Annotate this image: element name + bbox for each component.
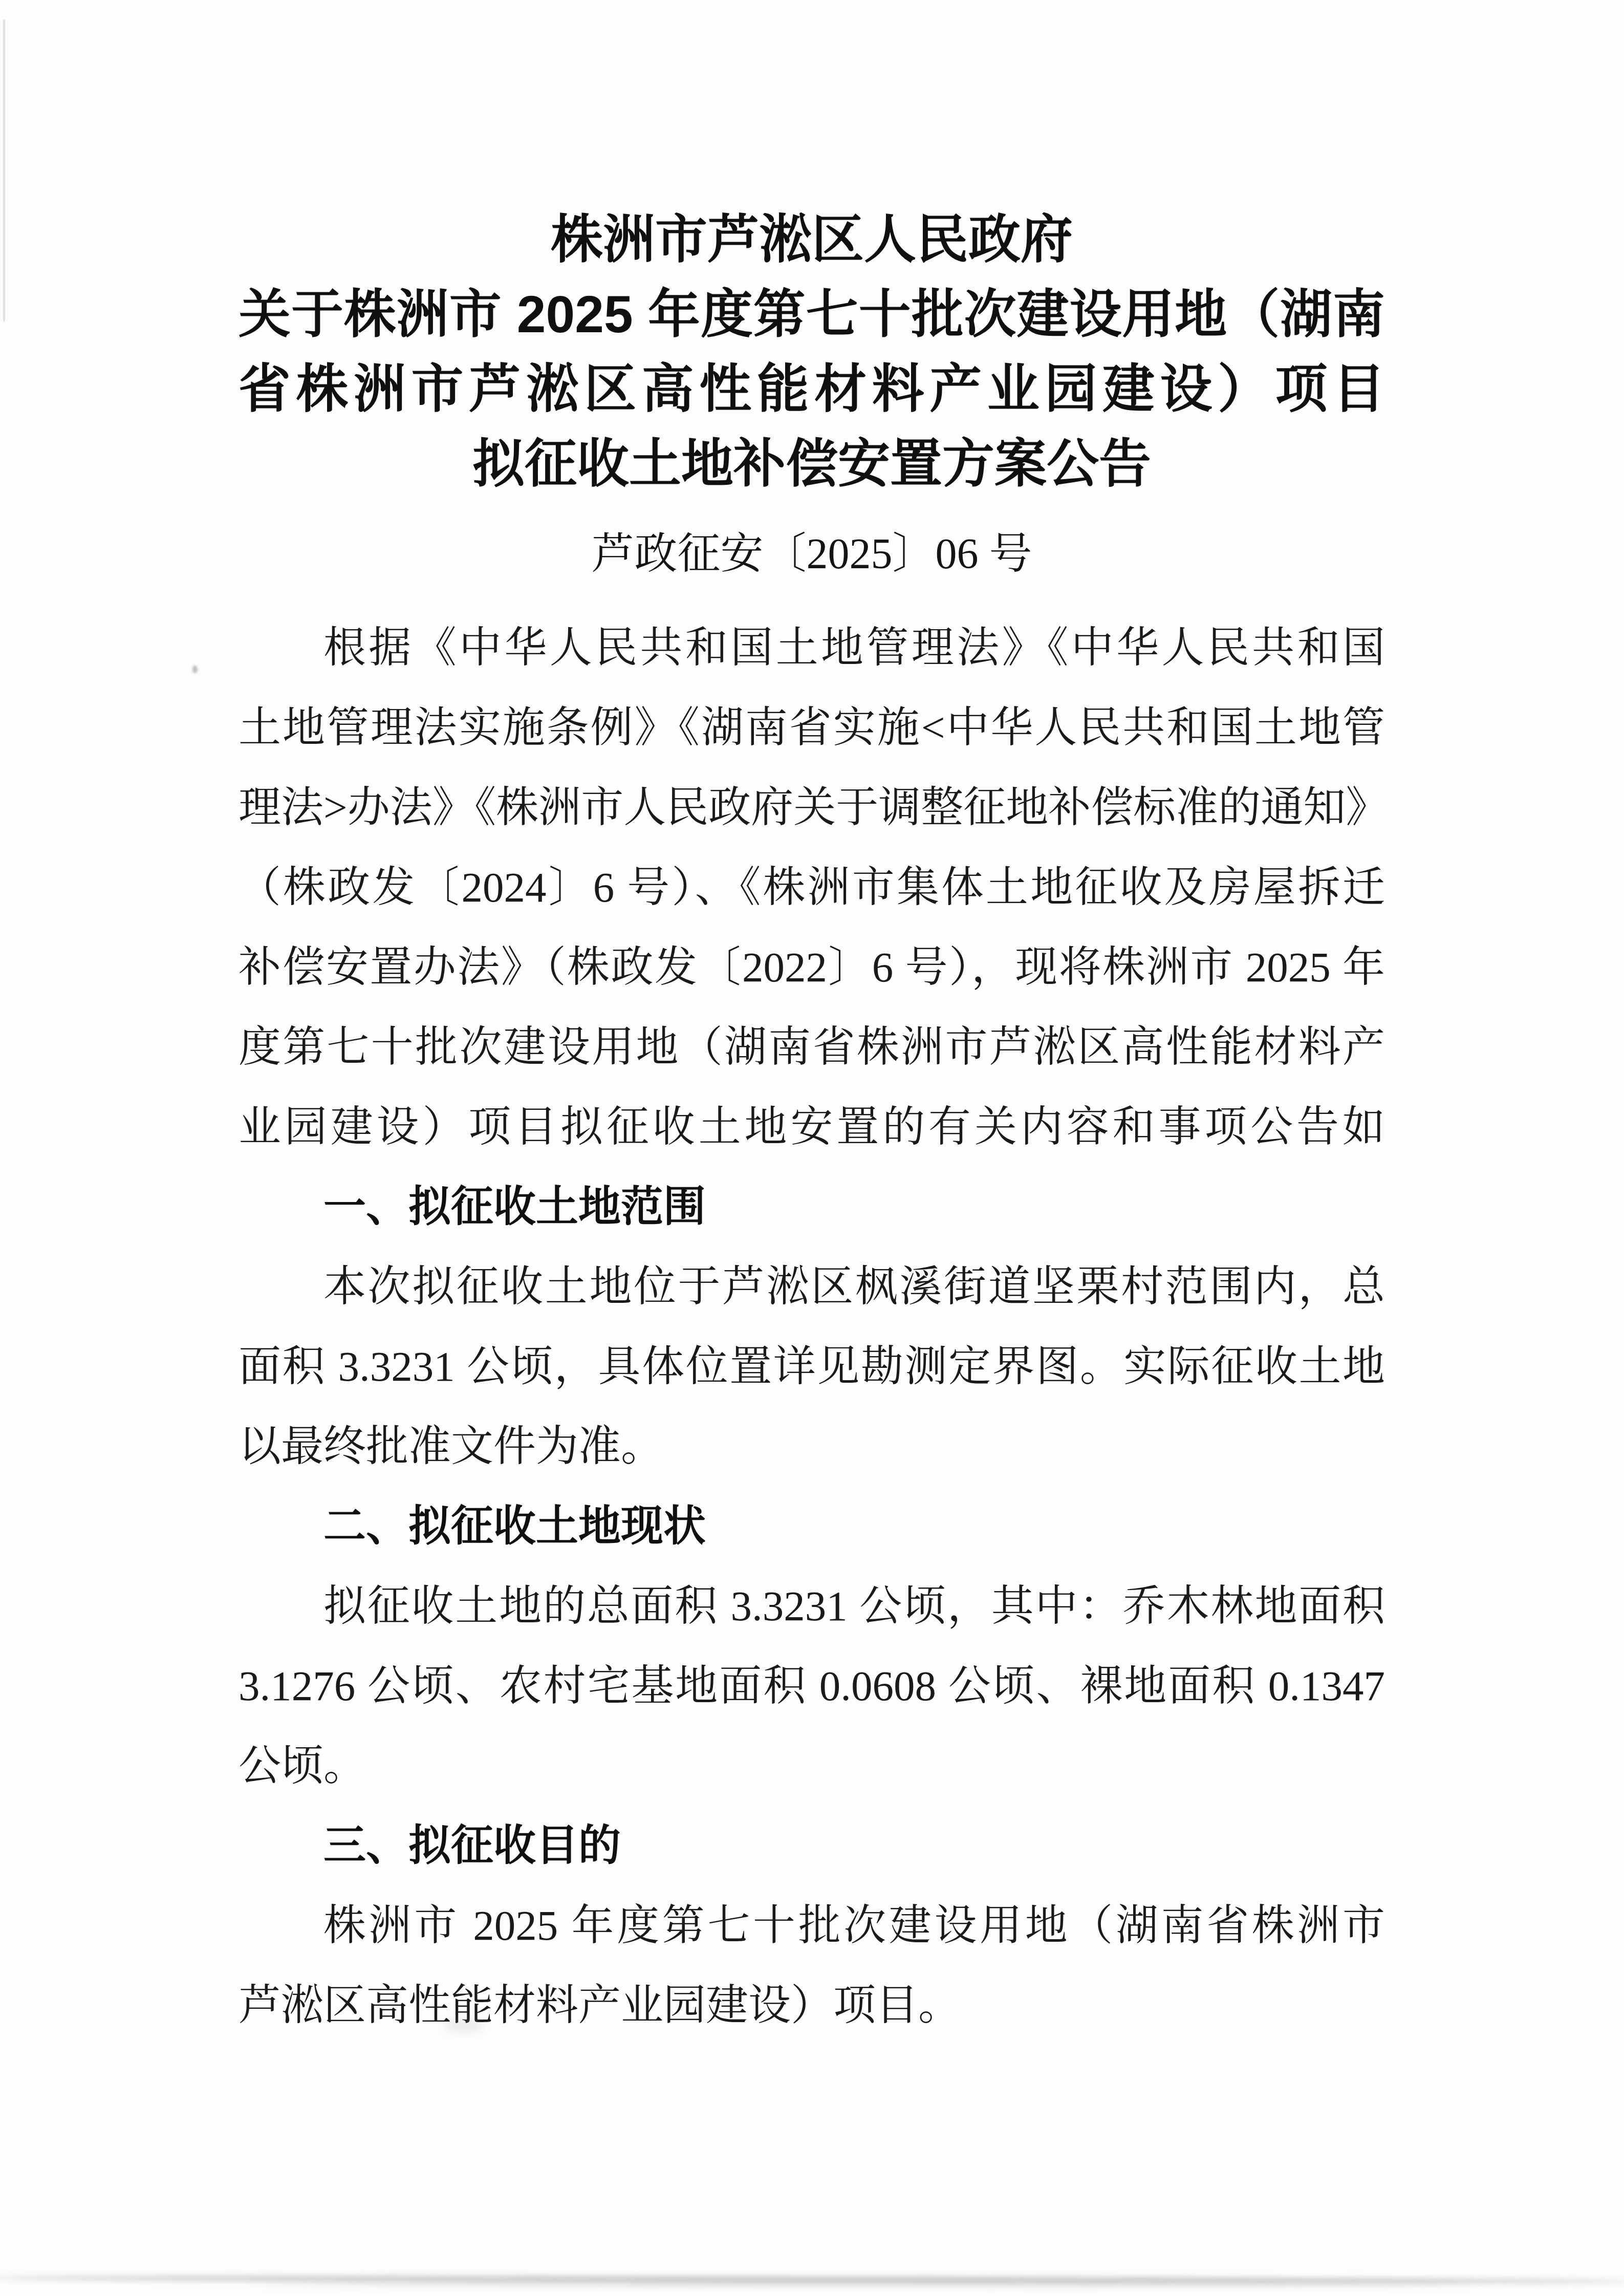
body-line: 度第七十批次建设用地（湖南省株洲市芦淞区高性能材料产 [239, 1007, 1385, 1087]
body-line: 以最终批准文件为准。 [239, 1406, 1385, 1486]
scanned-document-page: 株洲市芦淞区人民政府 关于株洲市 2025 年度第七十批次建设用地（湖南 省株洲… [0, 0, 1624, 2296]
body-line: 补偿安置办法》（株政发〔2022〕6 号），现将株洲市 2025 年 [239, 927, 1385, 1007]
document-title: 株洲市芦淞区人民政府 关于株洲市 2025 年度第七十批次建设用地（湖南 省株洲… [239, 202, 1385, 501]
scan-dot-artifact [192, 666, 198, 673]
document-content: 株洲市芦淞区人民政府 关于株洲市 2025 年度第七十批次建设用地（湖南 省株洲… [239, 202, 1385, 2045]
body-line: 拟征收土地的总面积 3.3231 公顷，其中：乔木林地面积 [239, 1566, 1385, 1646]
body-line: 株洲市 2025 年度第七十批次建设用地（湖南省株洲市 [239, 1885, 1385, 1965]
section-heading-status: 二、拟征收土地现状 [239, 1486, 1385, 1566]
body-line: 根据《中华人民共和国土地管理法》《中华人民共和国 [239, 608, 1385, 688]
document-body: 根据《中华人民共和国土地管理法》《中华人民共和国 土地管理法实施条例》《湖南省实… [239, 608, 1385, 2045]
document-number: 芦政征安〔2025〕06 号 [239, 520, 1385, 589]
body-line: 面积 3.3231 公顷，具体位置详见勘测定界图。实际征收土地 [239, 1326, 1385, 1406]
section-heading-purpose: 三、拟征收目的 [239, 1806, 1385, 1885]
scan-smudge-artifact [444, 2019, 483, 2032]
title-line-project-2: 省株洲市芦淞区高性能材料产业园建设）项目 [239, 352, 1385, 426]
scan-edge-artifact [4, 19, 5, 321]
paper-bottom-shadow-secondary [256, 2283, 1470, 2287]
title-line-government: 株洲市芦淞区人民政府 [239, 202, 1385, 277]
body-line: 业园建设）项目拟征收土地安置的有关内容和事项公告如下： [239, 1087, 1385, 1167]
section-heading-scope: 一、拟征收土地范围 [239, 1167, 1385, 1247]
body-line: 3.1276 公顷、农村宅基地面积 0.0608 公顷、裸地面积 0.1347 [239, 1646, 1385, 1726]
body-line: 理法>办法》《株洲市人民政府关于调整征地补偿标准的通知》 [239, 767, 1385, 847]
body-line: 土地管理法实施条例》《湖南省实施<中华人民共和国土地管 [239, 688, 1385, 767]
title-line-project-1: 关于株洲市 2025 年度第七十批次建设用地（湖南 [239, 277, 1385, 352]
body-line: 芦淞区高性能材料产业园建设）项目。 [239, 1965, 1385, 2045]
body-line: 本次拟征收土地位于芦淞区枫溪街道坚栗村范围内，总 [239, 1247, 1385, 1326]
body-line: （株政发〔2024〕6 号）、《株洲市集体土地征收及房屋拆迁 [239, 847, 1385, 927]
title-line-announcement: 拟征收土地补偿安置方案公告 [239, 426, 1385, 501]
body-line: 公顷。 [239, 1726, 1385, 1806]
